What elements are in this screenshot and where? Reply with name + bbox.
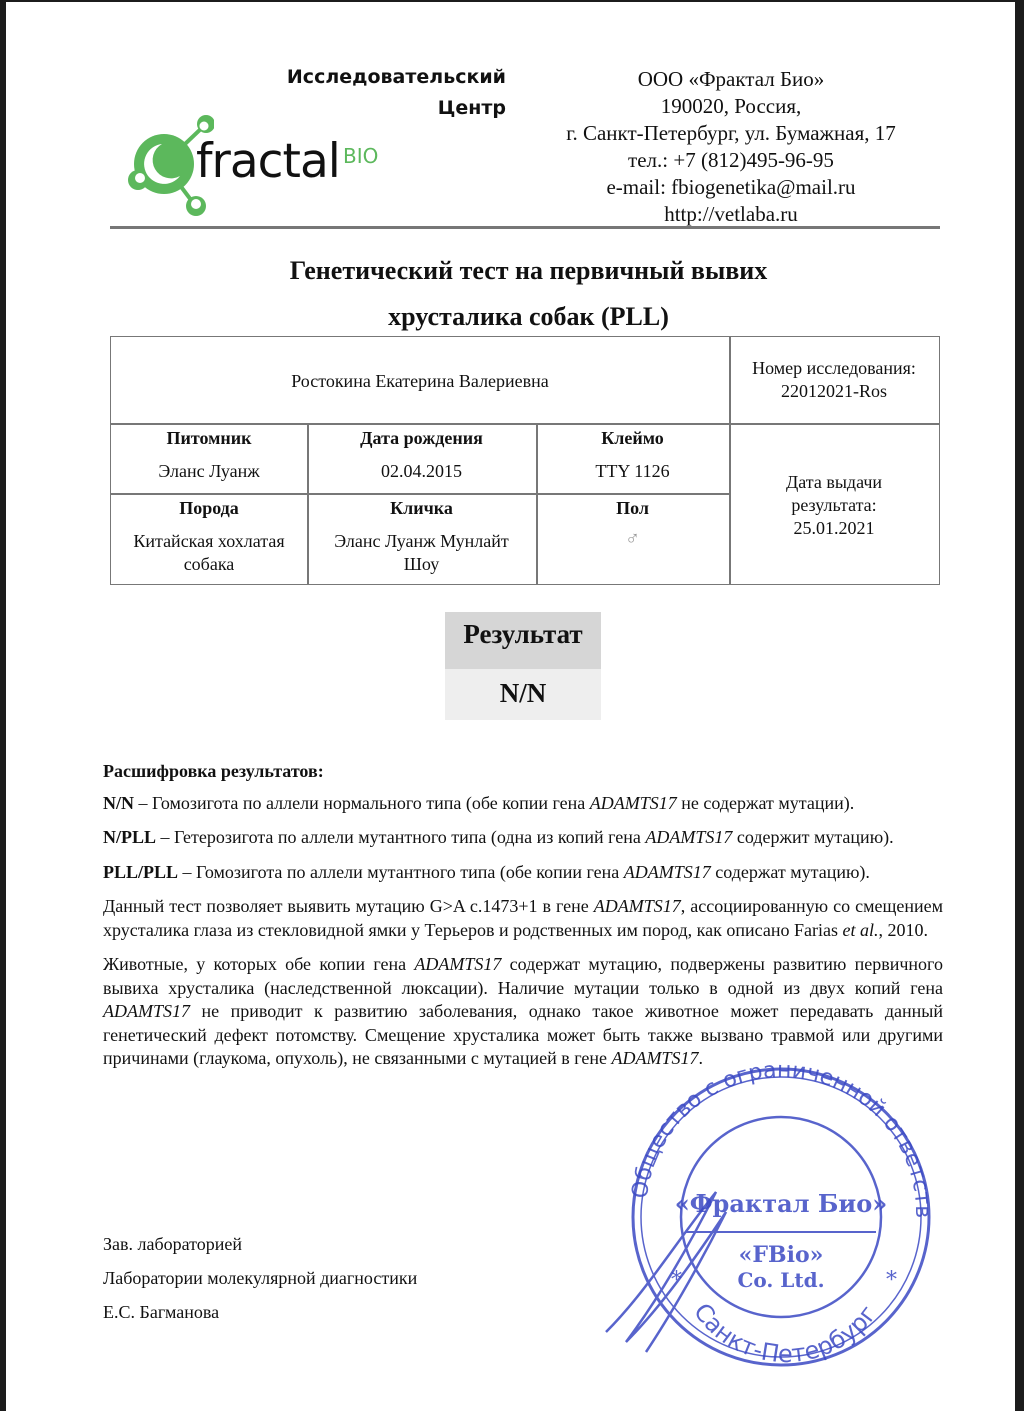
result-label: Результат xyxy=(445,612,601,669)
stamp-name-ru: «Фрактал Био» xyxy=(675,1189,887,1218)
company-stamp: Общество с ограниченной ответственностью… xyxy=(586,1042,946,1372)
svg-text:Санкт-Петербург: Санкт-Петербург xyxy=(688,1298,882,1368)
company-name: ООО «Фрактал Био» xyxy=(521,66,941,93)
info-table: Ростокина Екатерина Валериевна Номер исс… xyxy=(110,336,940,585)
company-postal: 190020, Россия, xyxy=(521,93,941,120)
brand-cell: Клеймо TTY 1126 xyxy=(536,423,729,493)
interpretation-section: Расшифровка результатов: N/N – Гомозигот… xyxy=(103,760,943,1082)
gene-name: ADAMTS17 xyxy=(103,1001,190,1021)
gene-name: ADAMTS17 xyxy=(624,862,711,882)
svg-text:*: * xyxy=(886,1268,897,1293)
breed-cell: Порода Китайская хохлатая собака xyxy=(111,493,307,584)
genotype-text: не содержат мутации). xyxy=(677,793,854,813)
owner-cell: Ростокина Екатерина Валериевна xyxy=(111,337,729,423)
study-number-value: 22012021-Ros xyxy=(729,380,939,403)
stamp-seal-icon: Общество с ограниченной ответственностью… xyxy=(586,1042,946,1372)
genotype-code: PLL/PLL xyxy=(103,862,178,882)
header-divider xyxy=(110,226,940,229)
kennel-cell: Питомник Эланс Луанж xyxy=(111,423,307,493)
kennel-value: Эланс Луанж xyxy=(111,460,307,483)
stamp-name-en2: Co. Ltd. xyxy=(737,1268,824,1292)
gene-name: ADAMTS17 xyxy=(594,896,681,916)
result-value: N/N xyxy=(445,669,601,720)
company-website[interactable]: http://vetlaba.ru xyxy=(521,201,941,228)
company-phone: тел.: +7 (812)495-96-95 xyxy=(521,147,941,174)
dog-name-value: Эланс Луанж Мунлайт xyxy=(307,530,536,553)
genotype-text: содержат мутацию). xyxy=(711,862,870,882)
document-title: Генетический тест на первичный вывих хру… xyxy=(106,248,951,340)
dog-name-label: Кличка xyxy=(307,497,536,520)
citation-etal: et al. xyxy=(842,920,878,940)
fractal-bio-logo: fractal BIO xyxy=(124,114,404,220)
birth-value: 02.04.2015 xyxy=(307,460,536,483)
genotype-code: N/N xyxy=(103,793,134,813)
gene-name: ADAMTS17 xyxy=(590,793,677,813)
para-text: Данный тест позволяет выявить мутацию G>… xyxy=(103,896,594,916)
company-address: г. Санкт-Петербург, ул. Бумажная, 17 xyxy=(521,120,941,147)
birth-cell: Дата рождения 02.04.2015 xyxy=(307,423,536,493)
center-label-line: Исследовательский xyxy=(251,62,506,93)
svg-text:*: * xyxy=(671,1268,682,1293)
company-email[interactable]: e-mail: fbiogenetika@mail.ru xyxy=(521,174,941,201)
sex-cell: Пол ♂ xyxy=(536,493,729,584)
document-page: Исследовательский Центр fractal BIO ООО … xyxy=(6,2,1015,1411)
brand-value: TTY 1126 xyxy=(536,460,729,483)
genotype-code: N/PLL xyxy=(103,827,156,847)
interpretation-item: N/N – Гомозигота по аллели нормального т… xyxy=(103,792,943,816)
brand-label: Клеймо xyxy=(536,427,729,450)
genotype-text: – Гомозигота по аллели мутантного типа (… xyxy=(178,862,624,882)
stamp-name-en: «FBio» xyxy=(739,1242,824,1268)
signature-block: Зав. лабораторией Лаборатории молекулярн… xyxy=(103,1227,417,1329)
signature-department: Лаборатории молекулярной диагностики xyxy=(103,1261,417,1295)
male-symbol-icon: ♂ xyxy=(536,528,729,551)
interpretation-item: PLL/PLL – Гомозигота по аллели мутантног… xyxy=(103,861,943,885)
signature-name: Е.С. Багманова xyxy=(103,1295,417,1329)
logo-superscript: BIO xyxy=(343,144,378,168)
owner-name: Ростокина Екатерина Валериевна xyxy=(291,371,549,391)
birth-label: Дата рождения xyxy=(307,427,536,450)
genotype-text: – Гомозигота по аллели нормального типа … xyxy=(134,793,590,813)
dog-name-cell: Кличка Эланс Луанж Мунлайт Шоу xyxy=(307,493,536,584)
issue-date-cell: Дата выдачи результата: 25.01.2021 xyxy=(729,423,939,584)
logo-wordmark: fractal xyxy=(196,132,340,192)
title-line: хрусталика собак (PLL) xyxy=(106,294,951,340)
genotype-text: – Гетерозигота по аллели мутантного типа… xyxy=(156,827,645,847)
interpretation-item: N/PLL – Гетерозигота по аллели мутантног… xyxy=(103,826,943,850)
kennel-label: Питомник xyxy=(111,427,307,450)
breed-value: собака xyxy=(111,553,307,576)
gene-name: ADAMTS17 xyxy=(645,827,732,847)
test-description-paragraph: Данный тест позволяет выявить мутацию G>… xyxy=(103,895,943,942)
title-line: Генетический тест на первичный вывих xyxy=(106,248,951,294)
issue-label: Дата выдачи xyxy=(729,471,939,494)
study-number-cell: Номер исследования: 22012021-Ros xyxy=(729,337,939,423)
issue-date-value: 25.01.2021 xyxy=(729,517,939,540)
signature-title: Зав. лабораторией xyxy=(103,1227,417,1261)
issue-label: результата: xyxy=(729,494,939,517)
study-number-label: Номер исследования: xyxy=(729,357,939,380)
breed-label: Порода xyxy=(111,497,307,520)
genotype-text: содержит мутацию). xyxy=(732,827,893,847)
para-text: Животные, у которых обе копии гена xyxy=(103,954,414,974)
breed-value: Китайская хохлатая xyxy=(111,530,307,553)
para-text: , 2010. xyxy=(878,920,928,940)
dog-name-value: Шоу xyxy=(307,553,536,576)
gene-name: ADAMTS17 xyxy=(414,954,501,974)
sex-label: Пол xyxy=(536,497,729,520)
interpretation-heading: Расшифровка результатов: xyxy=(103,760,943,784)
company-contacts: ООО «Фрактал Био» 190020, Россия, г. Сан… xyxy=(521,66,941,228)
